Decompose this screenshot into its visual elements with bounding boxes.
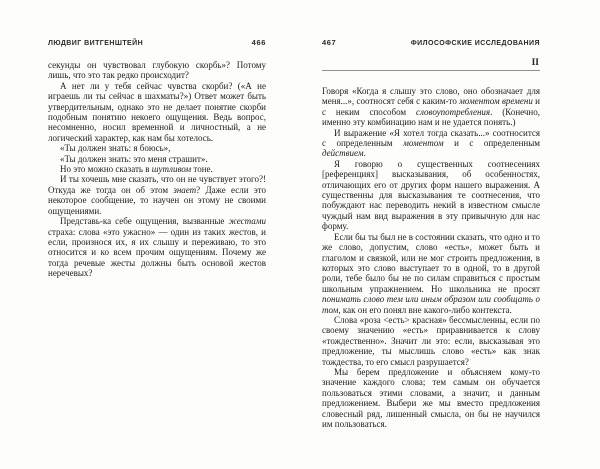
section-rule — [322, 70, 540, 71]
page-left: ЛЮДВИГ ВИТГЕНШТЕЙН 466 секунды он чувств… — [48, 38, 266, 279]
paragraph: А нет ли у тебя сейчас чувства скорби? (… — [48, 81, 266, 143]
page-left-body: секунды он чувствовал глубокую скорбь»? … — [48, 60, 266, 279]
paragraph: секунды он чувствовал глубокую скорбь»? … — [48, 60, 266, 81]
page-right: 467 ФИЛОСОФСКИЕ ИССЛЕДОВАНИЯ II Говоря «… — [322, 38, 540, 429]
paragraph: Если бы ты был не в состоянии сказать, ч… — [322, 232, 540, 315]
book-spread: ЛЮДВИГ ВИТГЕНШТЕЙН 466 секунды он чувств… — [0, 0, 600, 469]
running-title-book: ФИЛОСОФСКИЕ ИССЛЕДОВАНИЯ — [411, 40, 540, 47]
page-left-header: ЛЮДВИГ ВИТГЕНШТЕЙН 466 — [48, 38, 266, 47]
page-number-right: 467 — [322, 38, 336, 47]
paragraph: Мы берем предложение и объясняем кому-то… — [322, 367, 540, 429]
page-number-left: 466 — [252, 38, 266, 47]
paragraph: «Ты должен знать: я боюсь», — [48, 143, 266, 153]
section-divider: II — [322, 59, 540, 71]
paragraph: Я говорю о существенных соотнесениях [ре… — [322, 159, 540, 232]
page-right-body: Говоря «Когда я слышу это слово, оно обо… — [322, 86, 540, 429]
running-title-author: ЛЮДВИГ ВИТГЕНШТЕЙН — [48, 40, 143, 47]
paragraph: «Ты должен знать: это меня страшит». — [48, 154, 266, 164]
paragraph: Говоря «Когда я слышу это слово, оно обо… — [322, 86, 540, 128]
paragraph: Но это можно сказать в шутливом тоне. — [48, 164, 266, 174]
paragraph: Слова «роза <есть> красная» бессмысленны… — [322, 315, 540, 367]
paragraph: И выражение «Я хотел тогда сказать...» с… — [322, 128, 540, 159]
paragraph: И ты хочешь мне сказать, что он не чувст… — [48, 174, 266, 216]
paragraph: Представь-ка себе ощущения, вызванные же… — [48, 216, 266, 278]
page-right-header: 467 ФИЛОСОФСКИЕ ИССЛЕДОВАНИЯ — [322, 38, 540, 47]
section-marker: II — [322, 59, 540, 68]
